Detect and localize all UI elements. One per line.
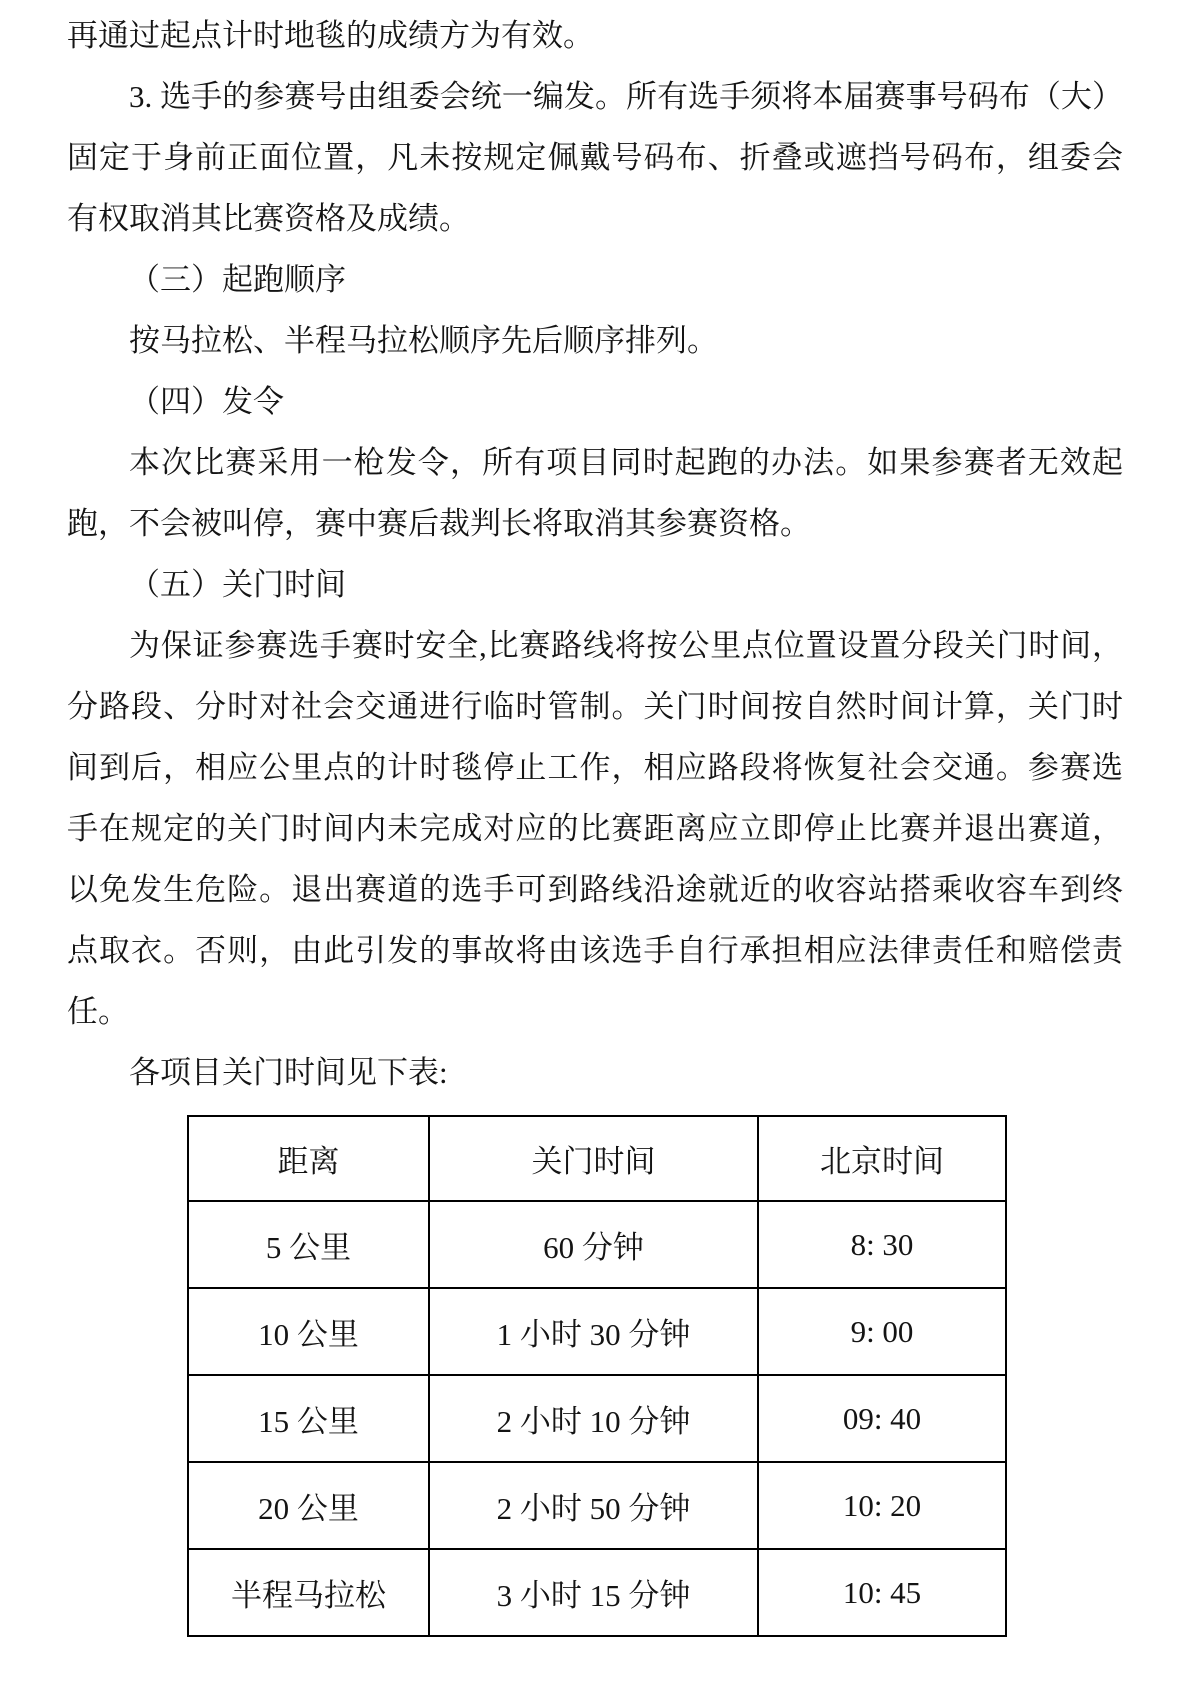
table-cell: 15 公里 [188,1375,429,1462]
table-cell: 半程马拉松 [188,1549,429,1636]
text-line: 为保证参赛选手赛时安全,比赛路线将按公里点位置设置分段关门时间， [67,615,1123,676]
table-cell: 2 小时 50 分钟 [429,1462,758,1549]
table-cell: 60 分钟 [429,1201,758,1288]
text-line: 本次比赛采用一枪发令，所有项目同时起跑的办法。如果参赛者无效起 [67,432,1123,493]
table-cell: 8: 30 [758,1201,1006,1288]
text-line: 间到后，相应公里点的计时毯停止工作，相应路段将恢复社会交通。参赛选 [67,737,1123,798]
text-line: 任。 [67,981,1123,1042]
table-row: 5 公里 60 分钟 8: 30 [188,1201,1006,1288]
text-line: 手在规定的关门时间内未完成对应的比赛距离应立即停止比赛并退出赛道， [67,798,1123,859]
table-header-cell-closing-time: 关门时间 [429,1116,758,1201]
table-cell: 09: 40 [758,1375,1006,1462]
table-intro-line: 各项目关门时间见下表: [67,1042,1123,1103]
table-row: 20 公里 2 小时 50 分钟 10: 20 [188,1462,1006,1549]
table-row: 10 公里 1 小时 30 分钟 9: 00 [188,1288,1006,1375]
table-cell: 10 公里 [188,1288,429,1375]
table-cell: 1 小时 30 分钟 [429,1288,758,1375]
section-heading-line: （三）起跑顺序 [67,249,1123,310]
table-cell: 3 小时 15 分钟 [429,1549,758,1636]
section-heading-line: （五）关门时间 [67,554,1123,615]
table-header-row: 距离 关门时间 北京时间 [188,1116,1006,1201]
text-line: 固定于身前正面位置，凡未按规定佩戴号码布、折叠或遮挡号码布，组委会 [67,127,1123,188]
table-header-cell-distance: 距离 [188,1116,429,1201]
table-cell: 2 小时 10 分钟 [429,1375,758,1462]
table-cell: 10: 45 [758,1549,1006,1636]
table-cell: 20 公里 [188,1462,429,1549]
table-cell: 9: 00 [758,1288,1006,1375]
table-row: 15 公里 2 小时 10 分钟 09: 40 [188,1375,1006,1462]
table-header-cell-beijing-time: 北京时间 [758,1116,1006,1201]
text-line: 分路段、分时对社会交通进行临时管制。关门时间按自然时间计算，关门时 [67,676,1123,737]
text-line: 点取衣。否则，由此引发的事故将由该选手自行承担相应法律责任和赔偿责 [67,920,1123,981]
table-row: 半程马拉松 3 小时 15 分钟 10: 45 [188,1549,1006,1636]
document-body: 再通过起点计时地毯的成绩方为有效。 3. 选手的参赛号由组委会统一编发。所有选手… [0,0,1190,1103]
text-line: 有权取消其比赛资格及成绩。 [67,188,1123,249]
text-line: 跑，不会被叫停，赛中赛后裁判长将取消其参赛资格。 [67,493,1123,554]
closing-time-table: 距离 关门时间 北京时间 5 公里 60 分钟 8: 30 10 公里 1 小时… [187,1115,1007,1637]
text-line: 按马拉松、半程马拉松顺序先后顺序排列。 [67,310,1123,371]
document-page: 再通过起点计时地毯的成绩方为有效。 3. 选手的参赛号由组委会统一编发。所有选手… [0,0,1190,1683]
table-cell: 10: 20 [758,1462,1006,1549]
table-cell: 5 公里 [188,1201,429,1288]
text-line: 再通过起点计时地毯的成绩方为有效。 [67,5,1123,66]
section-heading-line: （四）发令 [67,371,1123,432]
text-line: 3. 选手的参赛号由组委会统一编发。所有选手须将本届赛事号码布（大） [67,66,1123,127]
text-line: 以免发生危险。退出赛道的选手可到路线沿途就近的收容站搭乘收容车到终 [67,859,1123,920]
